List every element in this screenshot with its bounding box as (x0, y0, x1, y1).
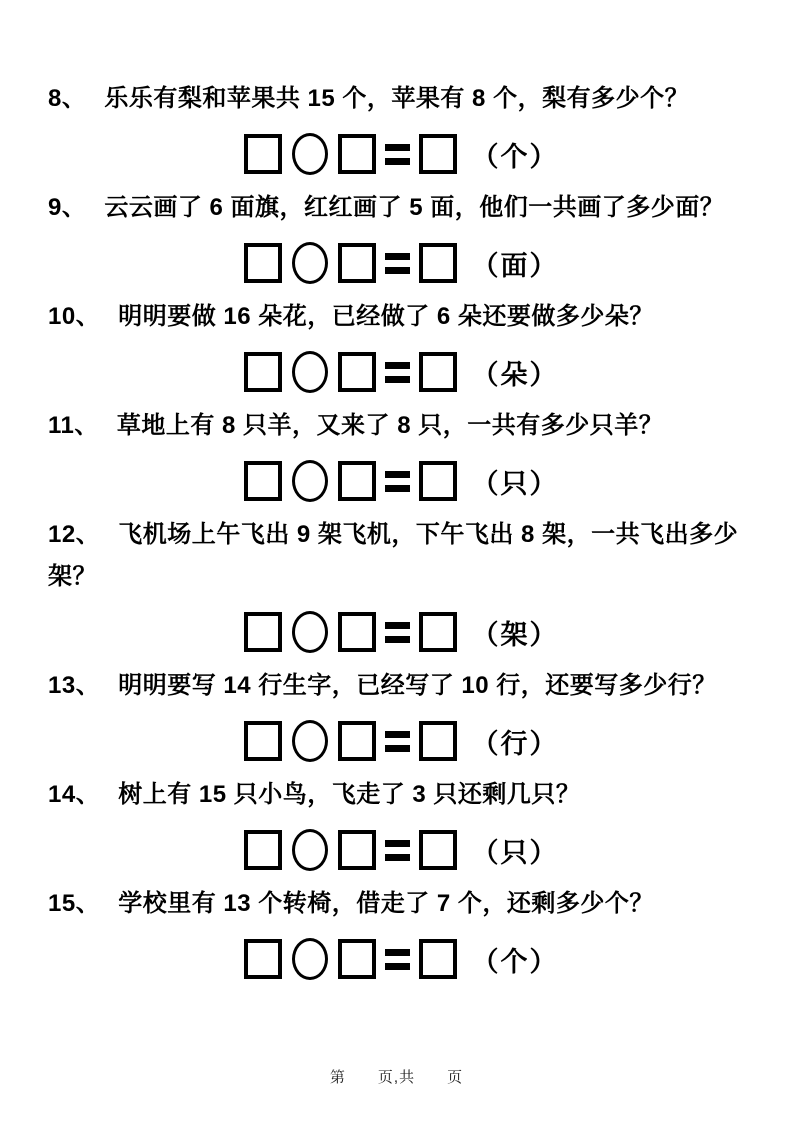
answer-equation: （只） (48, 460, 749, 502)
question-number: 9、 (48, 194, 86, 221)
page-footer-text: 第 页,共 页 (330, 1069, 463, 1086)
question-text: 10、明明要做 16 朵花，已经做了 6 朵还要做多少朵？ (48, 296, 749, 338)
operator-circle[interactable] (292, 720, 328, 762)
questions-list: 8、乐乐有梨和苹果共 15 个，苹果有 8 个，梨有多少个？ （个） 9、云云画… (0, 0, 793, 980)
equals-icon (385, 144, 410, 165)
question-number: 15、 (48, 890, 100, 917)
question-text: 13、明明要写 14 行生字，已经写了 10 行，还要写多少行？ (48, 665, 749, 707)
answer-equation: （朵） (48, 351, 749, 393)
question-body: 树上有 15 只小鸟，飞走了 3 只还剩几只？ (118, 781, 580, 808)
answer-unit: （个） (472, 135, 559, 174)
question-block: 14、树上有 15 只小鸟，飞走了 3 只还剩几只？ （只） (48, 774, 749, 871)
question-block: 12、飞机场上午飞出 9 架飞机，下午飞出 8 架，一共飞出多少架？ （架） (48, 514, 749, 653)
answer-equation: （个） (48, 938, 749, 980)
operand2-box[interactable] (338, 612, 376, 652)
question-number: 14、 (48, 781, 100, 808)
answer-unit: （架） (472, 613, 559, 652)
equals-icon (385, 471, 410, 492)
operand1-box[interactable] (244, 830, 282, 870)
answer-equation: （只） (48, 829, 749, 871)
operand1-box[interactable] (244, 612, 282, 652)
question-block: 10、明明要做 16 朵花，已经做了 6 朵还要做多少朵？ （朵） (48, 296, 749, 393)
operand2-box[interactable] (338, 830, 376, 870)
question-number: 13、 (48, 672, 100, 699)
operand1-box[interactable] (244, 352, 282, 392)
question-number: 10、 (48, 303, 100, 330)
question-body: 乐乐有梨和苹果共 15 个，苹果有 8 个，梨有多少个？ (104, 85, 689, 112)
question-body: 云云画了 6 面旗，红红画了 5 面，他们一共画了多少面？ (104, 194, 724, 221)
operand1-box[interactable] (244, 939, 282, 979)
answer-equation: （个） (48, 133, 749, 175)
operator-circle[interactable] (292, 133, 328, 175)
question-text: 15、学校里有 13 个转椅，借走了 7 个，还剩多少个？ (48, 883, 749, 925)
operand2-box[interactable] (338, 352, 376, 392)
question-block: 8、乐乐有梨和苹果共 15 个，苹果有 8 个，梨有多少个？ （个） (48, 78, 749, 175)
answer-unit: （行） (472, 722, 559, 761)
answer-unit: （朵） (472, 353, 559, 392)
question-number: 12、 (48, 521, 100, 548)
answer-equation: （面） (48, 242, 749, 284)
operand2-box[interactable] (338, 939, 376, 979)
question-body: 草地上有 8 只羊，又来了 8 只，一共有多少只羊？ (117, 412, 663, 439)
equals-icon (385, 622, 410, 643)
question-number: 8、 (48, 85, 86, 112)
operand1-box[interactable] (244, 721, 282, 761)
operator-circle[interactable] (292, 351, 328, 393)
question-block: 11、草地上有 8 只羊，又来了 8 只，一共有多少只羊？ （只） (48, 405, 749, 502)
answer-unit: （面） (472, 244, 559, 283)
operand2-box[interactable] (338, 461, 376, 501)
answer-equation: （架） (48, 611, 749, 653)
result-box[interactable] (419, 243, 457, 283)
equals-icon (385, 362, 410, 383)
result-box[interactable] (419, 830, 457, 870)
operator-circle[interactable] (292, 460, 328, 502)
question-number: 11、 (48, 412, 99, 439)
question-text: 9、云云画了 6 面旗，红红画了 5 面，他们一共画了多少面？ (48, 187, 749, 229)
worksheet-page: 8、乐乐有梨和苹果共 15 个，苹果有 8 个，梨有多少个？ （个） 9、云云画… (0, 0, 793, 980)
question-body: 学校里有 13 个转椅，借走了 7 个，还剩多少个？ (118, 890, 654, 917)
operand1-box[interactable] (244, 243, 282, 283)
operator-circle[interactable] (292, 829, 328, 871)
operator-circle[interactable] (292, 611, 328, 653)
equals-icon (385, 949, 410, 970)
question-block: 13、明明要写 14 行生字，已经写了 10 行，还要写多少行？ （行） (48, 665, 749, 762)
operand2-box[interactable] (338, 134, 376, 174)
equals-icon (385, 840, 410, 861)
result-box[interactable] (419, 352, 457, 392)
equals-icon (385, 731, 410, 752)
result-box[interactable] (419, 612, 457, 652)
question-block: 15、学校里有 13 个转椅，借走了 7 个，还剩多少个？ （个） (48, 883, 749, 980)
question-body: 明明要写 14 行生字，已经写了 10 行，还要写多少行？ (118, 672, 717, 699)
answer-equation: （行） (48, 720, 749, 762)
question-text: 14、树上有 15 只小鸟，飞走了 3 只还剩几只？ (48, 774, 749, 816)
result-box[interactable] (419, 939, 457, 979)
result-box[interactable] (419, 134, 457, 174)
answer-unit: （只） (472, 462, 559, 501)
question-text: 11、草地上有 8 只羊，又来了 8 只，一共有多少只羊？ (48, 405, 749, 447)
result-box[interactable] (419, 721, 457, 761)
result-box[interactable] (419, 461, 457, 501)
operator-circle[interactable] (292, 242, 328, 284)
operand1-box[interactable] (244, 134, 282, 174)
operand2-box[interactable] (338, 721, 376, 761)
operand1-box[interactable] (244, 461, 282, 501)
operand2-box[interactable] (338, 243, 376, 283)
answer-unit: （只） (472, 831, 559, 870)
operator-circle[interactable] (292, 938, 328, 980)
question-body: 飞机场上午飞出 9 架飞机，下午飞出 8 架，一共飞出多少架？ (48, 521, 738, 590)
question-body: 明明要做 16 朵花，已经做了 6 朵还要做多少朵？ (118, 303, 654, 330)
question-text: 8、乐乐有梨和苹果共 15 个，苹果有 8 个，梨有多少个？ (48, 78, 749, 120)
answer-unit: （个） (472, 940, 559, 979)
equals-icon (385, 253, 410, 274)
question-text: 12、飞机场上午飞出 9 架飞机，下午飞出 8 架，一共飞出多少架？ (48, 514, 749, 598)
page-footer: 第 页,共 页 (0, 1066, 793, 1087)
question-block: 9、云云画了 6 面旗，红红画了 5 面，他们一共画了多少面？ （面） (48, 187, 749, 284)
